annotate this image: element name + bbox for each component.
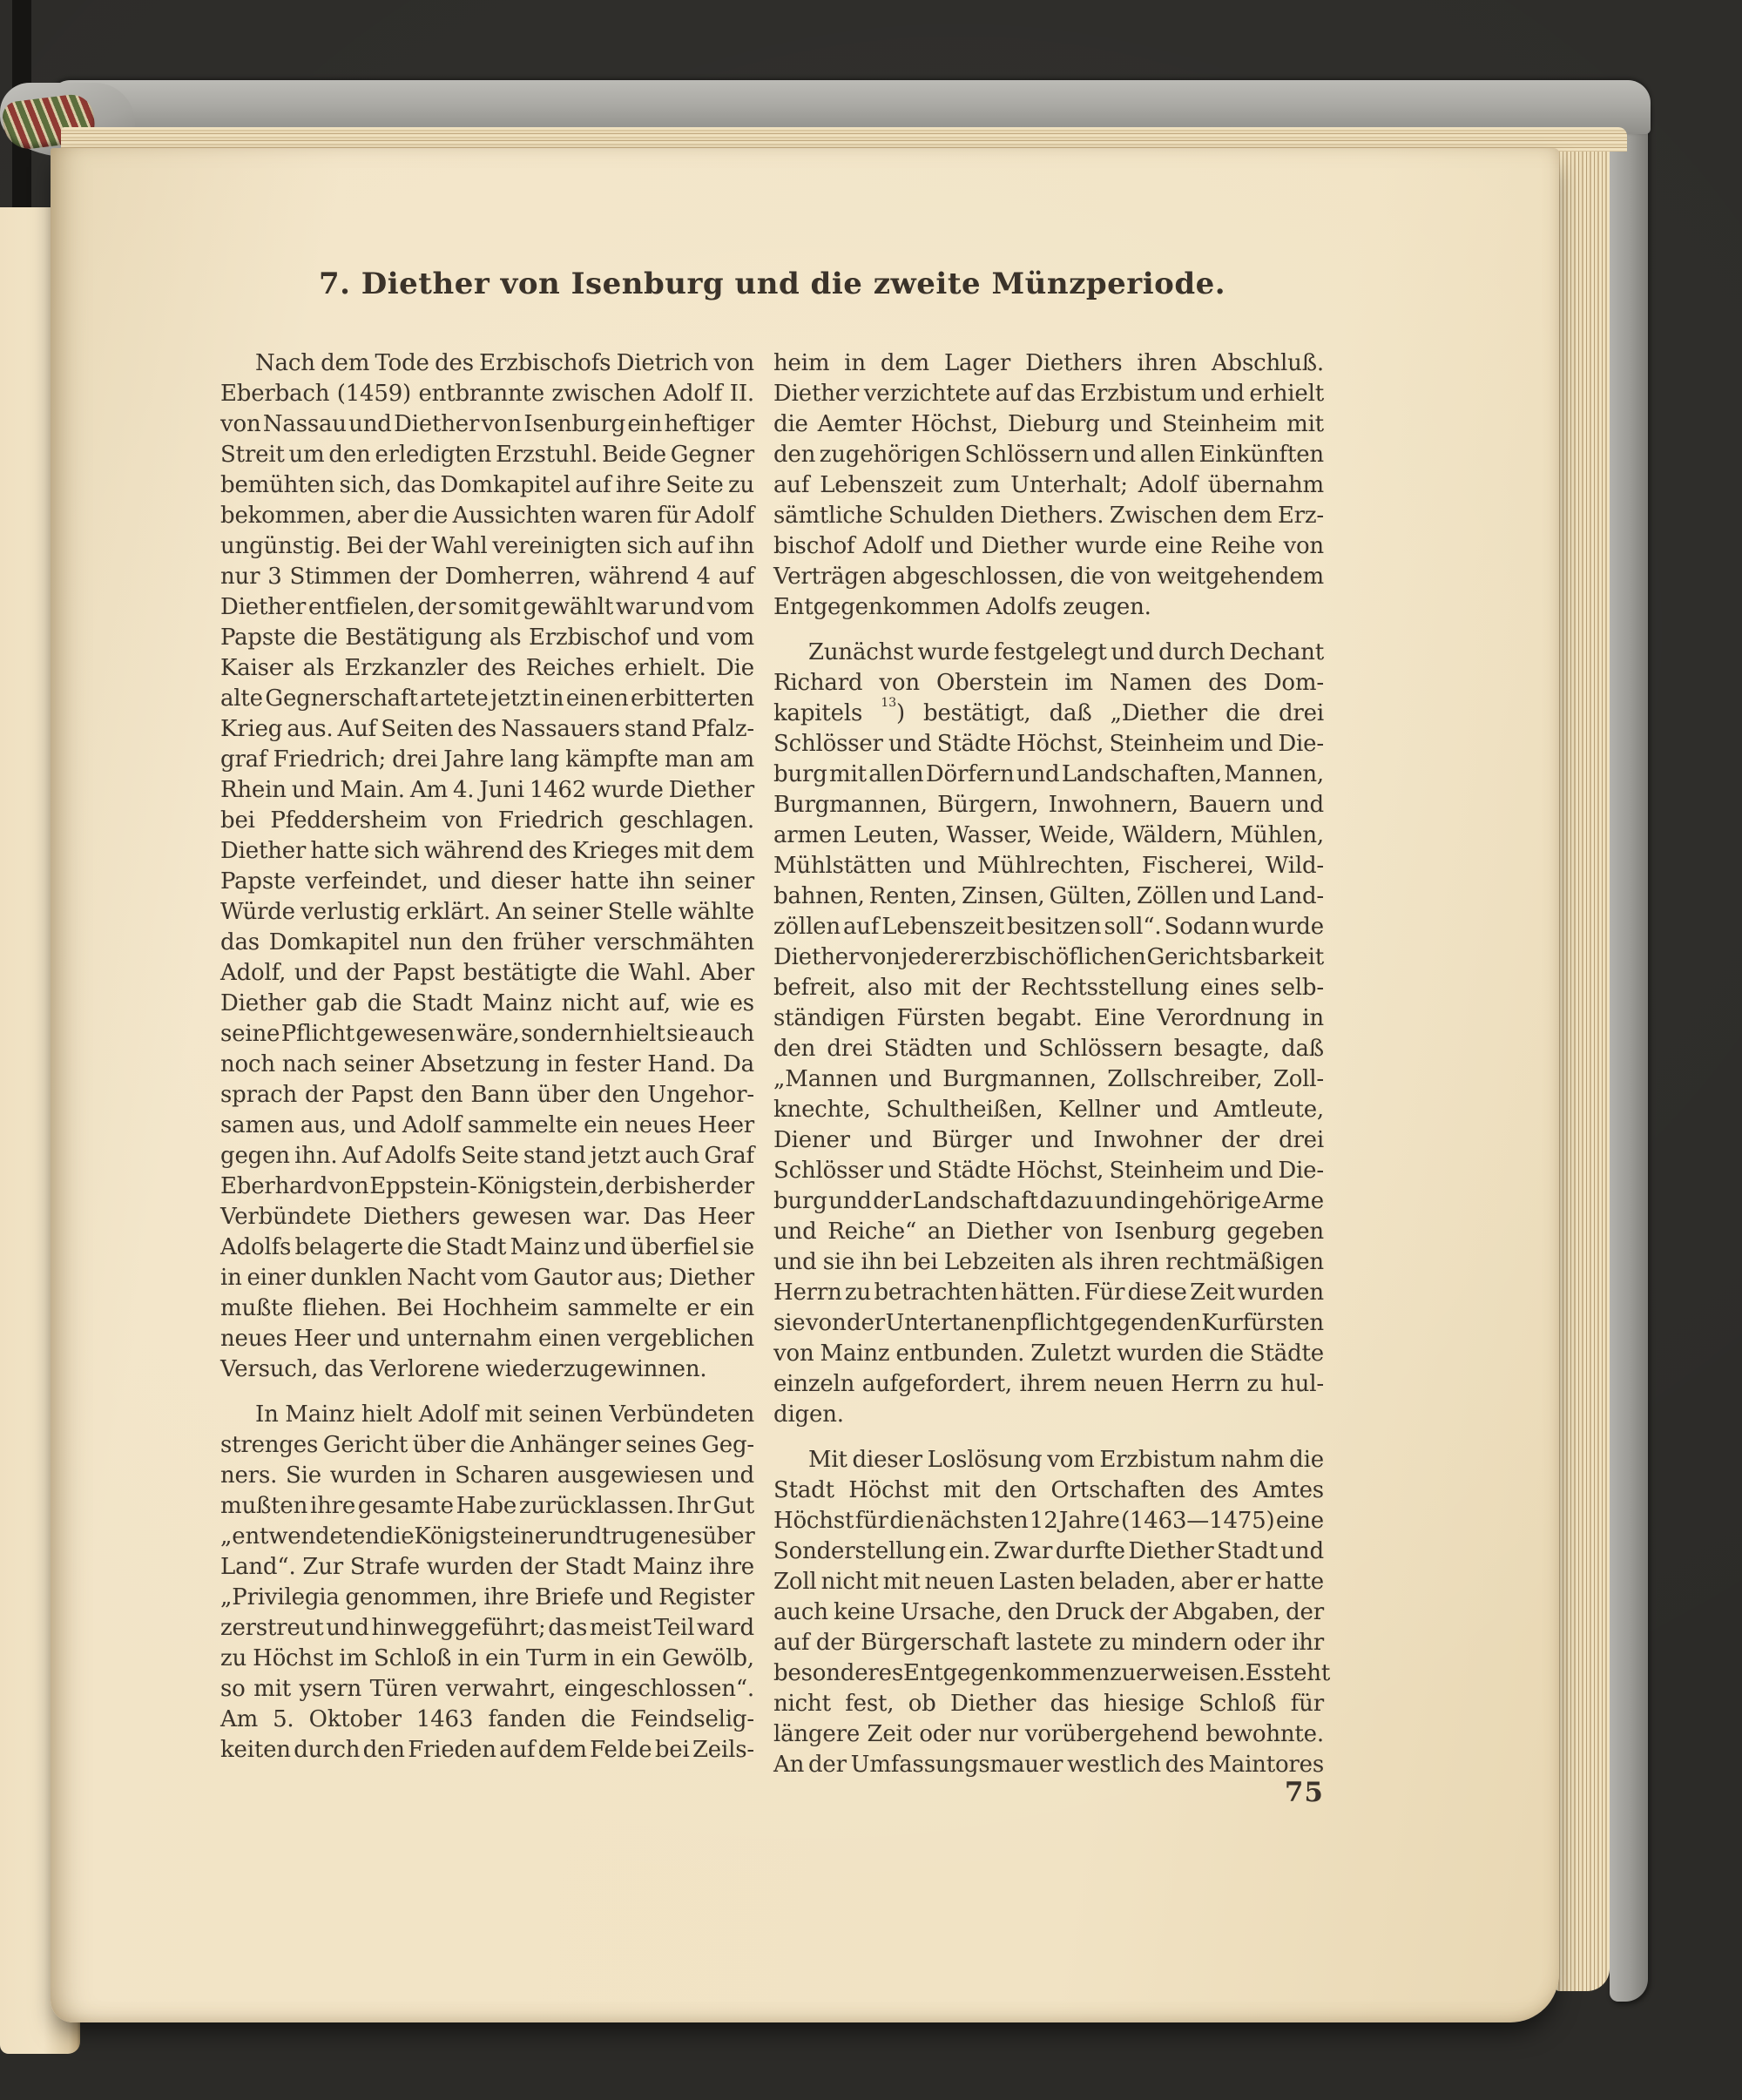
text-line: Eberbach(1459)entbranntezwischenAdolfII. xyxy=(220,379,754,409)
text-line: KaiseralsErzkanzlerdesReicheserhielt.Die xyxy=(220,653,754,684)
text-line: undReiche“anDiethervonIsenburggegeben xyxy=(773,1217,1324,1247)
text-line: alteGegnerschaftartetejetztineinenerbitt… xyxy=(220,684,754,714)
text-line: denzugehörigenSchlössernundallenEinkünft… xyxy=(773,440,1324,470)
paragraph: NachdemTodedesErzbischofsDietrichvonEber… xyxy=(220,348,754,1385)
text-line: sievonderUntertanenpflichtgegendenKurfür… xyxy=(773,1308,1324,1339)
text-line: zuHöchstimSchloßineinTurmineinGewölb, xyxy=(220,1644,754,1674)
text-line: aufLebenszeitzumUnterhalt;Adolfübernahm xyxy=(773,470,1324,501)
text-line: MühlstättenundMühlrechten,Fischerei,Wild… xyxy=(773,851,1324,881)
text-line: Kriegaus.AufSeitendesNassauersstandPfalz… xyxy=(220,714,754,745)
paragraph: heimindemLagerDiethersihrenAbschluß.Diet… xyxy=(773,348,1324,623)
text-line: RheinundMain.Am4.Juni1462wurdeDiether xyxy=(220,775,754,806)
text-line: strengesGerichtüberdieAnhängerseinesGeg- xyxy=(220,1430,754,1461)
text-line: Würdeverlustigerklärt.AnseinerStellewähl… xyxy=(220,897,754,928)
text-line: „Privilegiagenommen,ihreBriefeundRegiste… xyxy=(220,1583,754,1613)
text-line: DienerundBürgerundInwohnerderdrei xyxy=(773,1125,1324,1156)
paragraph: InMainzhieltAdolfmitseinenVerbündetenstr… xyxy=(220,1400,754,1766)
text-line: bischofAdolfundDietherwurdeeineReihevon xyxy=(773,531,1324,562)
text-line: Höchstfürdienächsten12Jahre(1463—1475)ei… xyxy=(773,1506,1324,1536)
text-line: InMainzhieltAdolfmitseinenVerbündeten xyxy=(220,1400,754,1430)
text-line: nochnachseinerAbsetzunginfesterHand.Da xyxy=(220,1050,754,1080)
text-line: somitysernTürenverwahrt,eingeschlossen“. xyxy=(220,1674,754,1705)
text-line: befreit,alsomitderRechtsstellungeinessel… xyxy=(773,973,1324,1003)
text-line: nichtfest,obDietherdashiesigeSchloßfür xyxy=(773,1689,1324,1719)
text-line: EberhardvonEppstein-Königstein,derbisher… xyxy=(220,1172,754,1202)
text-line: dasDomkapitelnundenfrüherverschmähten xyxy=(220,928,754,958)
text-line: Sonderstellungein.ZwardurfteDietherStadt… xyxy=(773,1536,1324,1567)
text-line: DietherhattesichwährenddesKriegesmitdem xyxy=(220,836,754,867)
text-line: ungünstig.BeiderWahlvereinigtensichaufih… xyxy=(220,531,754,562)
text-line: längereZeitodernurvorübergehendbewohnte. xyxy=(773,1719,1324,1750)
text-line: „entwendetendieKönigsteinerundtrugenesüb… xyxy=(220,1522,754,1552)
text-line: knechte,Schultheißen,KellnerundAmtleute, xyxy=(773,1095,1324,1125)
text-line: StadtHöchstmitdenOrtschaftendesAmtes xyxy=(773,1475,1324,1506)
text-line: nur3StimmenderDomherren,während4auf xyxy=(220,562,754,592)
text-line: Herrnzubetrachtenhätten.FürdieseZeitwurd… xyxy=(773,1278,1324,1308)
text-line: samenaus,undAdolfsammelteeinneuesHeer xyxy=(220,1111,754,1141)
text-line: bahnen,Renten,Zinsen,Gülten,ZöllenundLan… xyxy=(773,881,1324,912)
text-line: keitendurchdenFriedenaufdemFeldebeiZeils… xyxy=(220,1735,754,1766)
page-stack-right-edge xyxy=(1556,138,1610,1991)
text-line: PapstedieBestätigungalsErzbischofundvom xyxy=(220,623,754,653)
text-line: Land“.ZurStrafewurdenderStadtMainzihre xyxy=(220,1552,754,1583)
text-line: ners.SiewurdeninScharenausgewiesenund xyxy=(220,1461,754,1491)
text-line: seinePflichtgewesenwäre,sondernhieltsiea… xyxy=(220,1019,754,1050)
text-line: MitdieserLoslösungvomErzbistumnahmdie xyxy=(773,1445,1324,1475)
text-column-left: NachdemTodedesErzbischofsDietrichvonEber… xyxy=(220,348,754,1766)
chapter-heading: 7. Diether von Isenburg und die zweite M… xyxy=(220,267,1324,301)
text-line: Versuch,dasVerlorenewiederzugewinnen. xyxy=(220,1354,754,1385)
book-cover-top-edge xyxy=(48,80,1651,134)
text-line: zerstreutundhinweggeführt;dasmeistTeilwa… xyxy=(220,1613,754,1644)
text-line: DiethergabdieStadtMainznichtauf,wiees xyxy=(220,989,754,1019)
paragraph: MitdieserLoslösungvomErzbistumnahmdieSta… xyxy=(773,1445,1324,1780)
text-line: vonNassauundDiethervonIsenburgeinheftige… xyxy=(220,409,754,440)
text-line: StreitumdenerledigtenErzstuhl.BeideGegne… xyxy=(220,440,754,470)
text-line: „MannenundBurgmannen,Zollschreiber,Zoll- xyxy=(773,1064,1324,1095)
text-line: grafFriedrich;dreiJahrelangkämpftemanam xyxy=(220,745,754,775)
text-line: aufderBürgerschaftlastetezumindernoderih… xyxy=(773,1628,1324,1658)
text-line: dieAemterHöchst,DieburgundSteinheimmit xyxy=(773,409,1324,440)
text-line: ZollnichtmitneuenLastenbeladen,abererhat… xyxy=(773,1567,1324,1597)
book-cover-right-edge xyxy=(1610,92,1648,2002)
text-line: Dietherentfielen,dersomitgewähltwarundvo… xyxy=(220,592,754,623)
text-line: mußtefliehen.BeiHochheimsammelteerein xyxy=(220,1293,754,1324)
text-line: mußtenihregesamteHabezurücklassen.IhrGut xyxy=(220,1491,754,1522)
text-line: Adolf,undderPapstbestätigtedieWahl.Aber xyxy=(220,958,754,989)
text-line: ZunächstwurdefestgelegtunddurchDechant xyxy=(773,638,1324,668)
text-line: besonderesEntgegenkommenzuerweisen.Esste… xyxy=(773,1658,1324,1689)
text-line: beiPfeddersheimvonFriedrichgeschlagen. xyxy=(220,806,754,836)
text-line: burgundderLandschaftdazuundingehörigeArm… xyxy=(773,1186,1324,1217)
paragraph: ZunächstwurdefestgelegtunddurchDechantRi… xyxy=(773,638,1324,1430)
text-line: SchlösserundStädteHöchst,SteinheimundDie… xyxy=(773,1156,1324,1186)
text-line: EntgegenkommenAdolfszeugen. xyxy=(773,592,1324,623)
text-line: Burgmannen,Bürgern,Inwohnern,Bauernund xyxy=(773,790,1324,820)
text-line: burgmitallenDörfernundLandschaften,Manne… xyxy=(773,760,1324,790)
text-line: einzelnaufgefordert,ihremneuenHerrnzuhul… xyxy=(773,1369,1324,1400)
text-line: DietherverzichteteaufdasErzbistumunderhi… xyxy=(773,379,1324,409)
text-line: NachdemTodedesErzbischofsDietrichvon xyxy=(220,348,754,379)
text-line: ständigenFürstenbegabt.EineVerordnungin xyxy=(773,1003,1324,1034)
text-line: bekommen,aberdieAussichtenwarenfürAdolf xyxy=(220,501,754,531)
text-line: bemühtensich,dasDomkapitelaufihreSeitezu xyxy=(220,470,754,501)
text-line: digen. xyxy=(773,1400,1324,1430)
text-line: kapitels13)bestätigt,daß„Dietherdiedrei xyxy=(773,699,1324,729)
text-line: DiethervonjedererzbischöflichenGerichtsb… xyxy=(773,942,1324,973)
text-line: ineinerdunklenNachtvomGautoraus;Diether xyxy=(220,1263,754,1293)
text-line: RichardvonObersteinimNamendesDom- xyxy=(773,668,1324,699)
text-line: Papsteverfeindet,unddieserhatteihnseiner xyxy=(220,867,754,897)
text-line: dendreiStädtenundSchlössernbesagte,daß xyxy=(773,1034,1324,1064)
text-line: AnderUmfassungsmauerwestlichdesMaintores xyxy=(773,1750,1324,1780)
text-column-right: heimindemLagerDiethersihrenAbschluß.Diet… xyxy=(773,348,1324,1780)
text-line: SchlösserundStädteHöchst,SteinheimundDie… xyxy=(773,729,1324,760)
text-line: undsieihnbeiLebzeitenalsihrenrechtmäßige… xyxy=(773,1247,1324,1278)
text-line: zöllenaufLebenszeitbesitzensoll“.Sodannw… xyxy=(773,912,1324,942)
text-line: sämtlicheSchuldenDiethers.ZwischendemErz… xyxy=(773,501,1324,531)
text-line: heimindemLagerDiethersihrenAbschluß. xyxy=(773,348,1324,379)
text-line: gegenihn.AufAdolfsSeitestandjetztauchGra… xyxy=(220,1141,754,1172)
text-line: neuesHeerundunternahmeinenvergeblichen xyxy=(220,1324,754,1354)
text-line: Am5.Oktober1463fandendieFeindselig- xyxy=(220,1705,754,1735)
text-line: auchkeineUrsache,denDruckderAbgaben,der xyxy=(773,1597,1324,1628)
text-line: Verträgenabgeschlossen,dievonweitgehende… xyxy=(773,562,1324,592)
page-number: 75 xyxy=(1150,1777,1324,1808)
text-line: vonMainzentbunden.ZuletztwurdendieStädte xyxy=(773,1339,1324,1369)
text-line: sprachderPapstdenBannüberdenUngehor- xyxy=(220,1080,754,1111)
text-line: armenLeuten,Wasser,Weide,Wäldern,Mühlen, xyxy=(773,820,1324,851)
text-line: AdolfsbelagertedieStadtMainzundüberfiels… xyxy=(220,1232,754,1263)
text-line: VerbündeteDiethersgewesenwar.DasHeer xyxy=(220,1202,754,1232)
